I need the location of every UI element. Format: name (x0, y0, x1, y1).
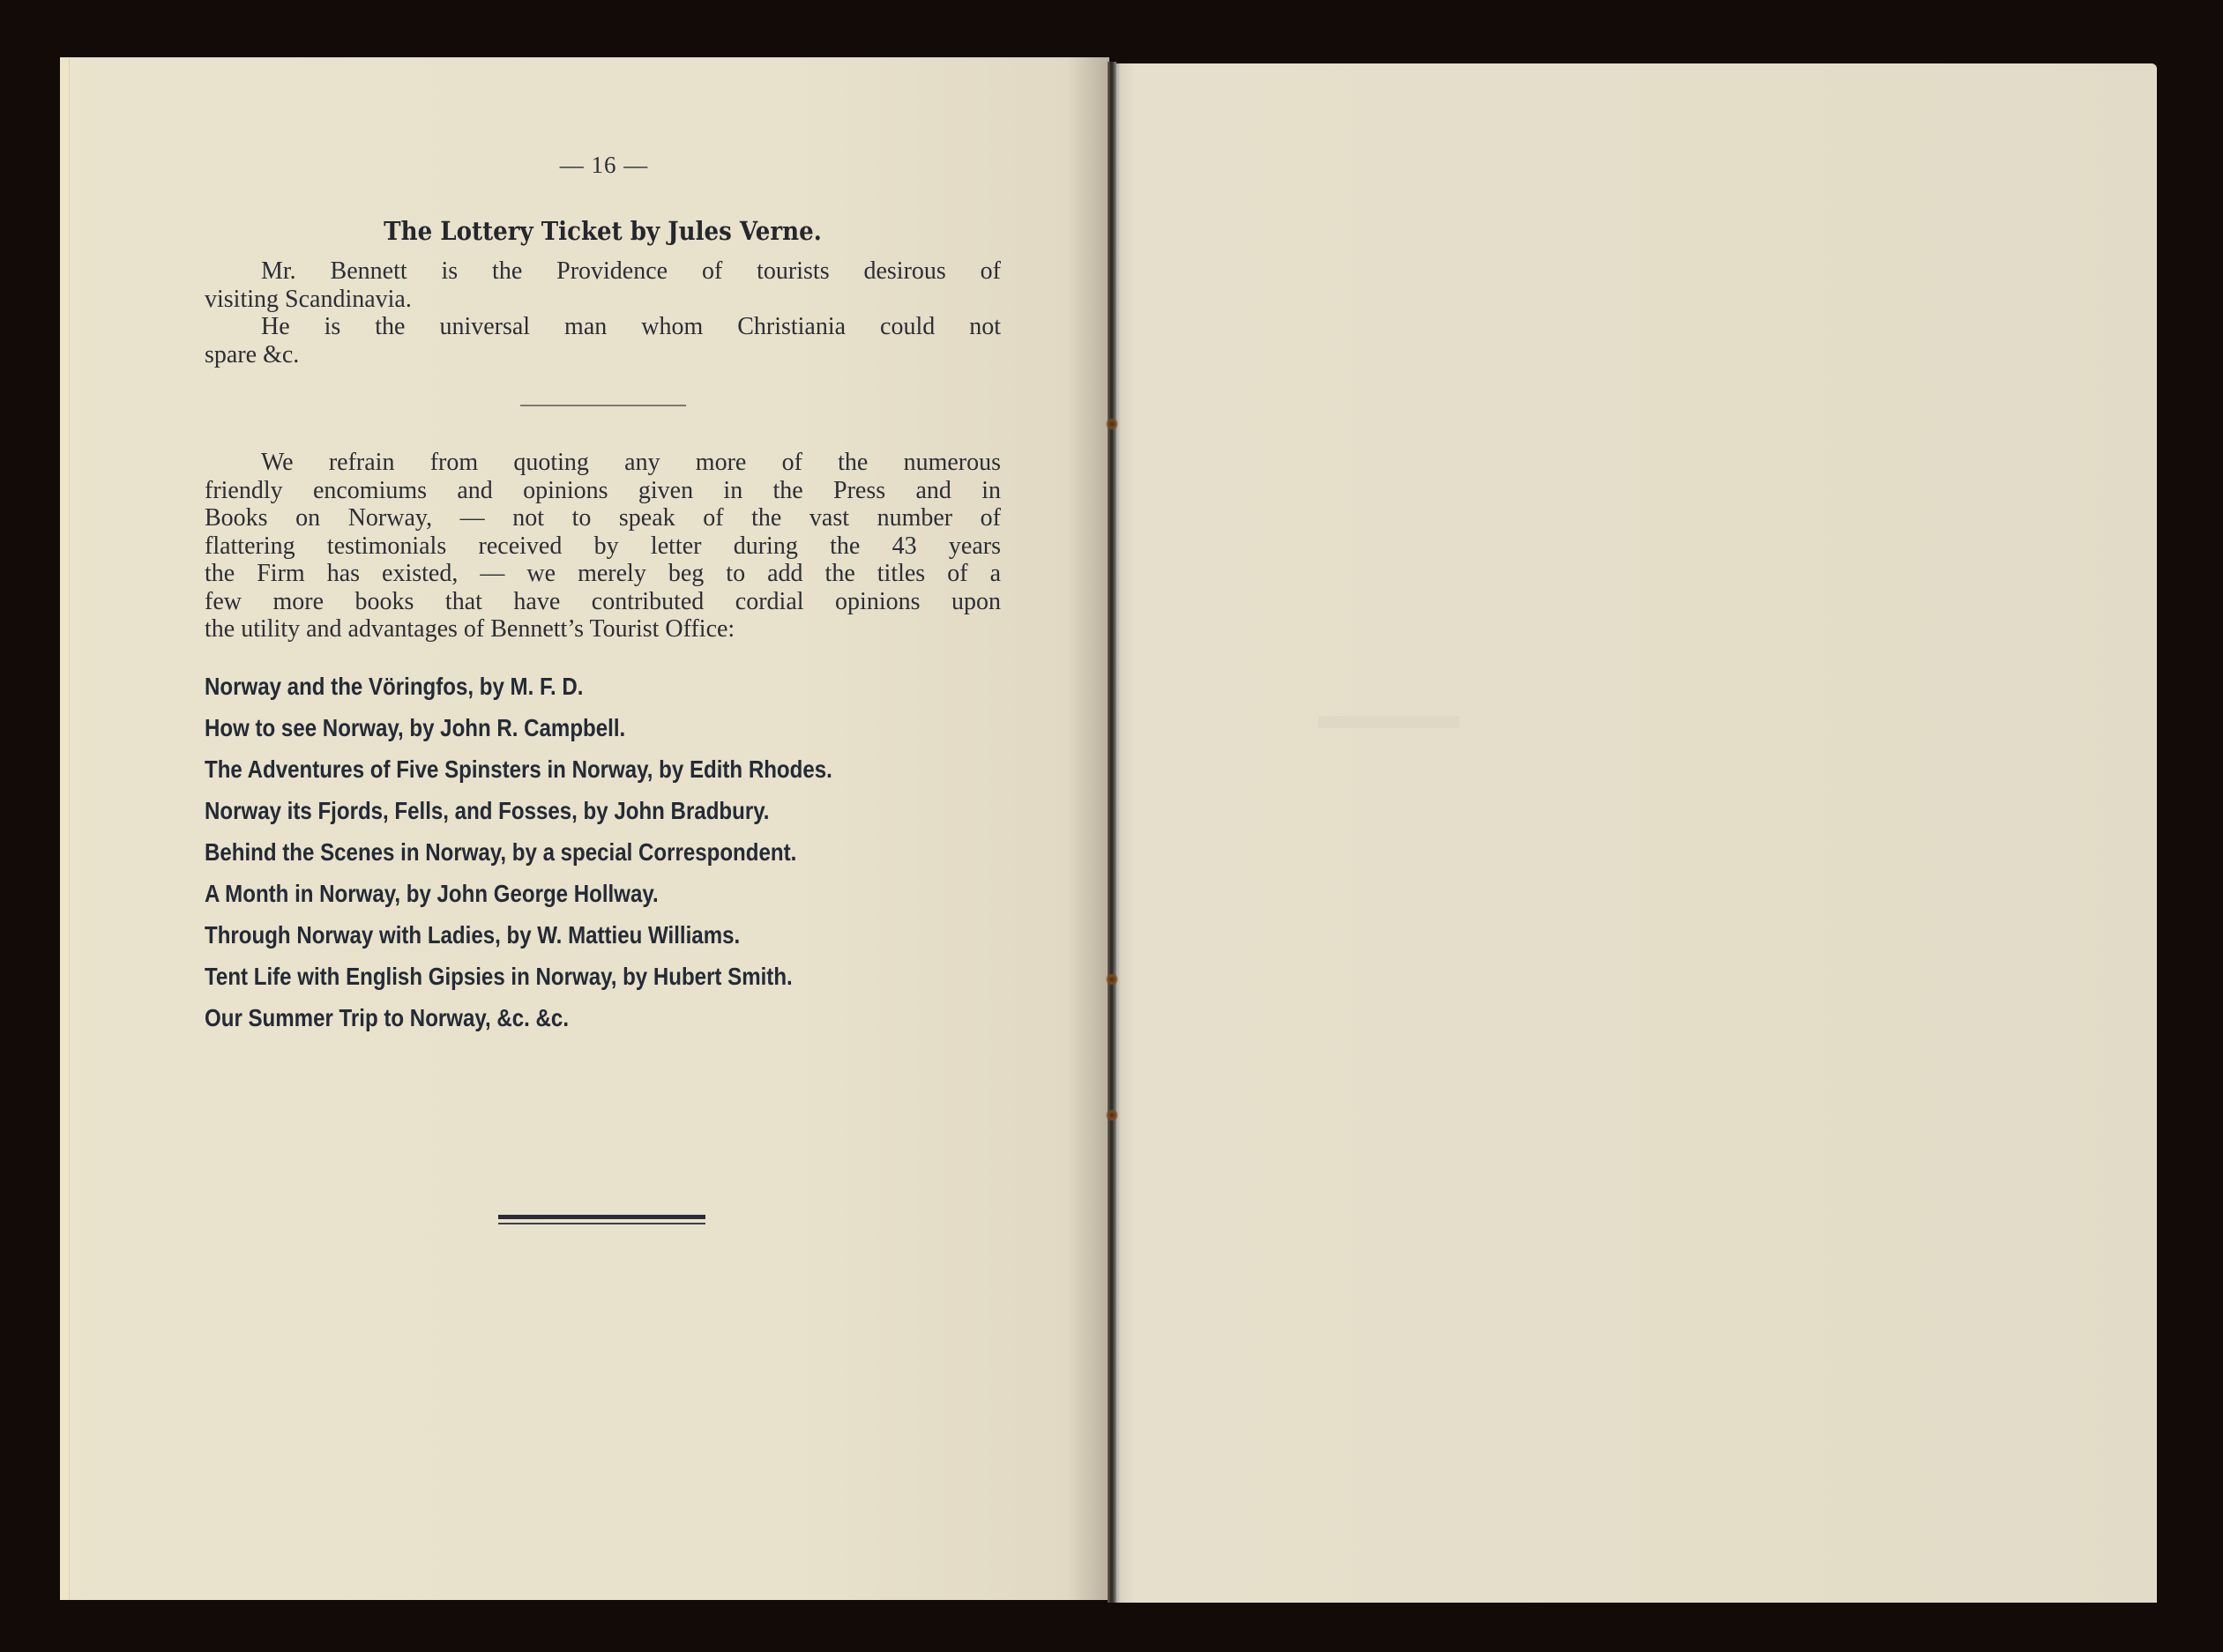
book-title: Tent Life with English Gipsies in Norway… (205, 960, 832, 1001)
section-heading: The Lottery Ticket by Jules Verne. (244, 216, 961, 246)
rule-thick (498, 1215, 705, 1219)
book-title-list: Norway and the Vöringfos, by M. F. D. Ho… (205, 670, 935, 1043)
book-title: How to see Norway, by John R. Campbell. (205, 711, 832, 753)
quote-paragraph: Mr. Bennett is the Providence of tourist… (205, 257, 1001, 368)
staple-mark (1106, 973, 1118, 986)
paragraph-line: Books on Norway, — not to speak of the v… (205, 504, 1001, 532)
book-title: Norway its Fjords, Fells, and Fosses, by… (205, 794, 832, 836)
section-divider (520, 405, 686, 406)
paragraph-line: He is the universal man whom Christiania… (205, 313, 1001, 341)
paragraph-line: We refrain from quoting any more of the … (205, 449, 1001, 477)
book-title: Our Summer Trip to Norway, &c. &c. (205, 1001, 832, 1043)
paragraph-line: friendly encomiums and opinions given in… (205, 477, 1001, 505)
book-title: Behind the Scenes in Norway, by a specia… (205, 836, 832, 877)
book-title: Through Norway with Ladies, by W. Mattie… (205, 919, 832, 960)
staple-mark (1106, 1109, 1118, 1121)
paragraph-line: few more books that have contributed cor… (205, 588, 1001, 616)
right-page (1115, 63, 2157, 1603)
book-gutter (1108, 62, 1116, 1603)
paragraph-line: visiting Scandinavia. (205, 286, 1001, 314)
paragraph-line: Mr. Bennett is the Providence of tourist… (205, 257, 1001, 286)
book-title: Norway and the Vöringfos, by M. F. D. (205, 670, 832, 711)
paragraph-line: the Firm has existed, — we merely beg to… (205, 560, 1001, 588)
paragraph-line: flattering testimonials received by lett… (205, 532, 1001, 561)
body-paragraph: We refrain from quoting any more of the … (205, 449, 1001, 644)
book-title: The Adventures of Five Spinsters in Norw… (205, 753, 832, 794)
paragraph-line: the utility and advantages of Bennett’s … (205, 615, 1001, 644)
book-title: A Month in Norway, by John George Hollwa… (205, 877, 832, 919)
show-through-ink (1318, 716, 1459, 728)
page-number: — 16 — (494, 152, 714, 179)
staple-mark (1106, 418, 1118, 430)
rule-thin (498, 1223, 705, 1224)
end-ornament-rule (498, 1215, 705, 1224)
paragraph-line: spare &c. (205, 341, 1001, 369)
